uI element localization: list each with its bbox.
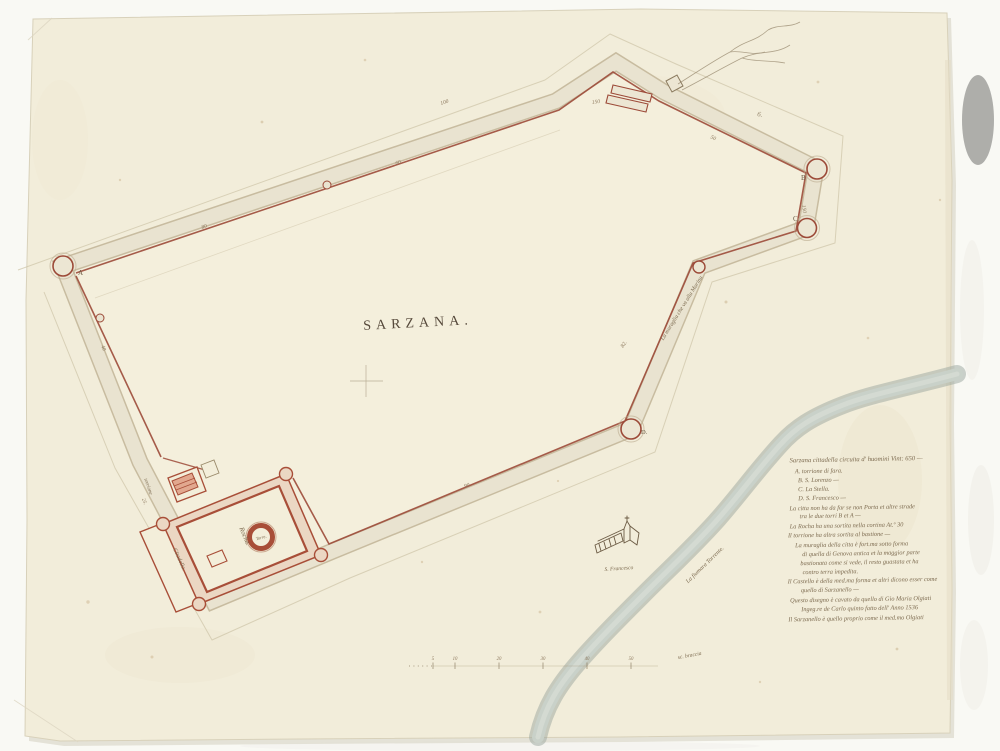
corner-label-a: A [78, 269, 83, 277]
scanned-map-page: SARZANA. A B C D. 100 60 80 150 50 150 9… [0, 0, 1000, 751]
scale-tick-label: 20 [497, 657, 502, 662]
tower-c [798, 219, 817, 238]
scale-tick-label: 10 [453, 657, 458, 662]
rocca-tower-w [157, 518, 170, 531]
legend-line: tra le due torri B et A — [800, 512, 862, 520]
tower-b [807, 159, 827, 179]
legend-line: D. S. Francesco — [797, 494, 846, 502]
corner-label-d: D. [641, 429, 648, 436]
scale-tick-label: 40 [585, 657, 590, 662]
legend-line: B. S. Lorenzo — [798, 477, 839, 485]
wall-bump-top [323, 181, 331, 189]
corner-label-b: B [801, 174, 806, 182]
legend-line: A. torrione di fara. [794, 467, 843, 475]
rocca-tower-e [315, 549, 328, 562]
legend-line: contro terra impedita. [802, 568, 858, 576]
sarzana-plan-svg: SARZANA. A B C D. 100 60 80 150 50 150 9… [0, 0, 1000, 751]
rocca-tower-s [193, 598, 206, 611]
wall-bump-left [96, 314, 104, 322]
scale-tick-label: 30 [541, 657, 546, 662]
tower-d [621, 419, 641, 439]
tower-bend [693, 261, 705, 273]
legend-line: quello di Sarzanello — [801, 586, 859, 594]
measure-150-bastion: 150 [591, 99, 600, 106]
legend-line: C. La Stella. [798, 486, 830, 494]
tower-a [53, 256, 73, 276]
scale-tick-label: 50 [629, 657, 634, 662]
corner-label-c: C [793, 215, 798, 223]
measure-150-bc: 150 [800, 204, 807, 213]
rocca-tower-n [280, 468, 293, 481]
